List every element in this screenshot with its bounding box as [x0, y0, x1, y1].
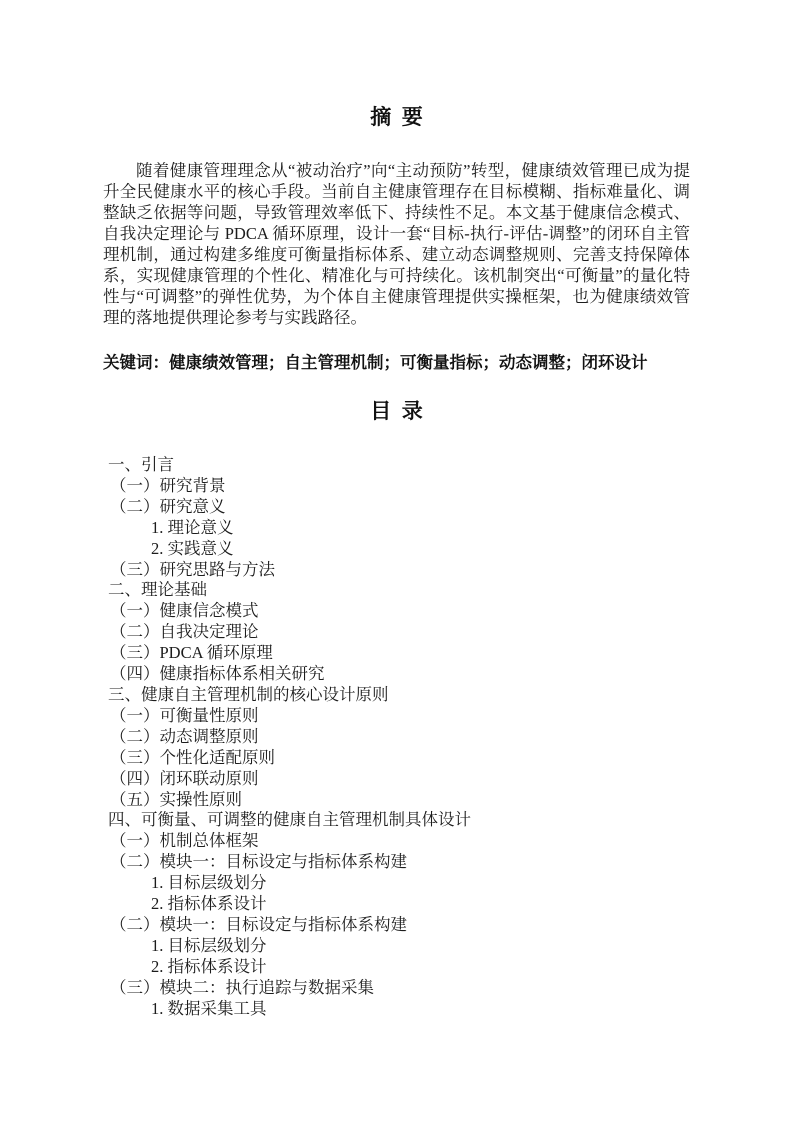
toc-item: 四、可衡量、可调整的健康自主管理机制具体设计 — [103, 810, 690, 831]
toc-item: 一、引言 — [103, 455, 690, 476]
toc-item: （一）可衡量性原则 — [103, 706, 690, 727]
abstract-paragraph: 随着健康管理理念从“被动治疗”向“主动预防”转型，健康绩效管理已成为提升全民健康… — [103, 160, 690, 328]
document-page: 摘 要 随着健康管理理念从“被动治疗”向“主动预防”转型，健康绩效管理已成为提升… — [0, 0, 793, 1122]
toc-item: （三）PDCA 循环原理 — [103, 643, 690, 664]
toc-item: 2. 实践意义 — [103, 539, 690, 560]
toc-item: （二）模块一：目标设定与指标体系构建 — [103, 915, 690, 936]
keywords-line: 关键词：健康绩效管理；自主管理机制；可衡量指标；动态调整；闭环设计 — [103, 353, 690, 374]
keywords-text: 健康绩效管理；自主管理机制；可衡量指标；动态调整；闭环设计 — [169, 354, 648, 372]
toc-item: （三）模块二：执行追踪与数据采集 — [103, 978, 690, 999]
toc-item: （五）实操性原则 — [103, 790, 690, 811]
toc-item: 1. 数据采集工具 — [103, 999, 690, 1020]
toc-item: （三）个性化适配原则 — [103, 748, 690, 769]
toc-item: 三、健康自主管理机制的核心设计原则 — [103, 685, 690, 706]
toc-item: （一）健康信念模式 — [103, 601, 690, 622]
toc-list: 一、引言（一）研究背景（二）研究意义1. 理论意义2. 实践意义（三）研究思路与… — [103, 455, 690, 1019]
toc-item: （四）闭环联动原则 — [103, 769, 690, 790]
toc-item: （三）研究思路与方法 — [103, 560, 690, 581]
toc-title: 目 录 — [103, 397, 690, 425]
toc-item: （二）动态调整原则 — [103, 727, 690, 748]
toc-item: 1. 目标层级划分 — [103, 936, 690, 957]
toc-item: 1. 目标层级划分 — [103, 873, 690, 894]
toc-item: （四）健康指标体系相关研究 — [103, 664, 690, 685]
toc-item: （二）模块一：目标设定与指标体系构建 — [103, 852, 690, 873]
toc-item: 1. 理论意义 — [103, 518, 690, 539]
toc-item: （一）机制总体框架 — [103, 831, 690, 852]
toc-item: （二）自我决定理论 — [103, 622, 690, 643]
keywords-label: 关键词： — [103, 354, 169, 372]
toc-item: 二、理论基础 — [103, 580, 690, 601]
toc-item: 2. 指标体系设计 — [103, 894, 690, 915]
abstract-title: 摘 要 — [103, 0, 690, 131]
toc-item: （一）研究背景 — [103, 476, 690, 497]
toc-item: （二）研究意义 — [103, 497, 690, 518]
toc-item: 2. 指标体系设计 — [103, 957, 690, 978]
